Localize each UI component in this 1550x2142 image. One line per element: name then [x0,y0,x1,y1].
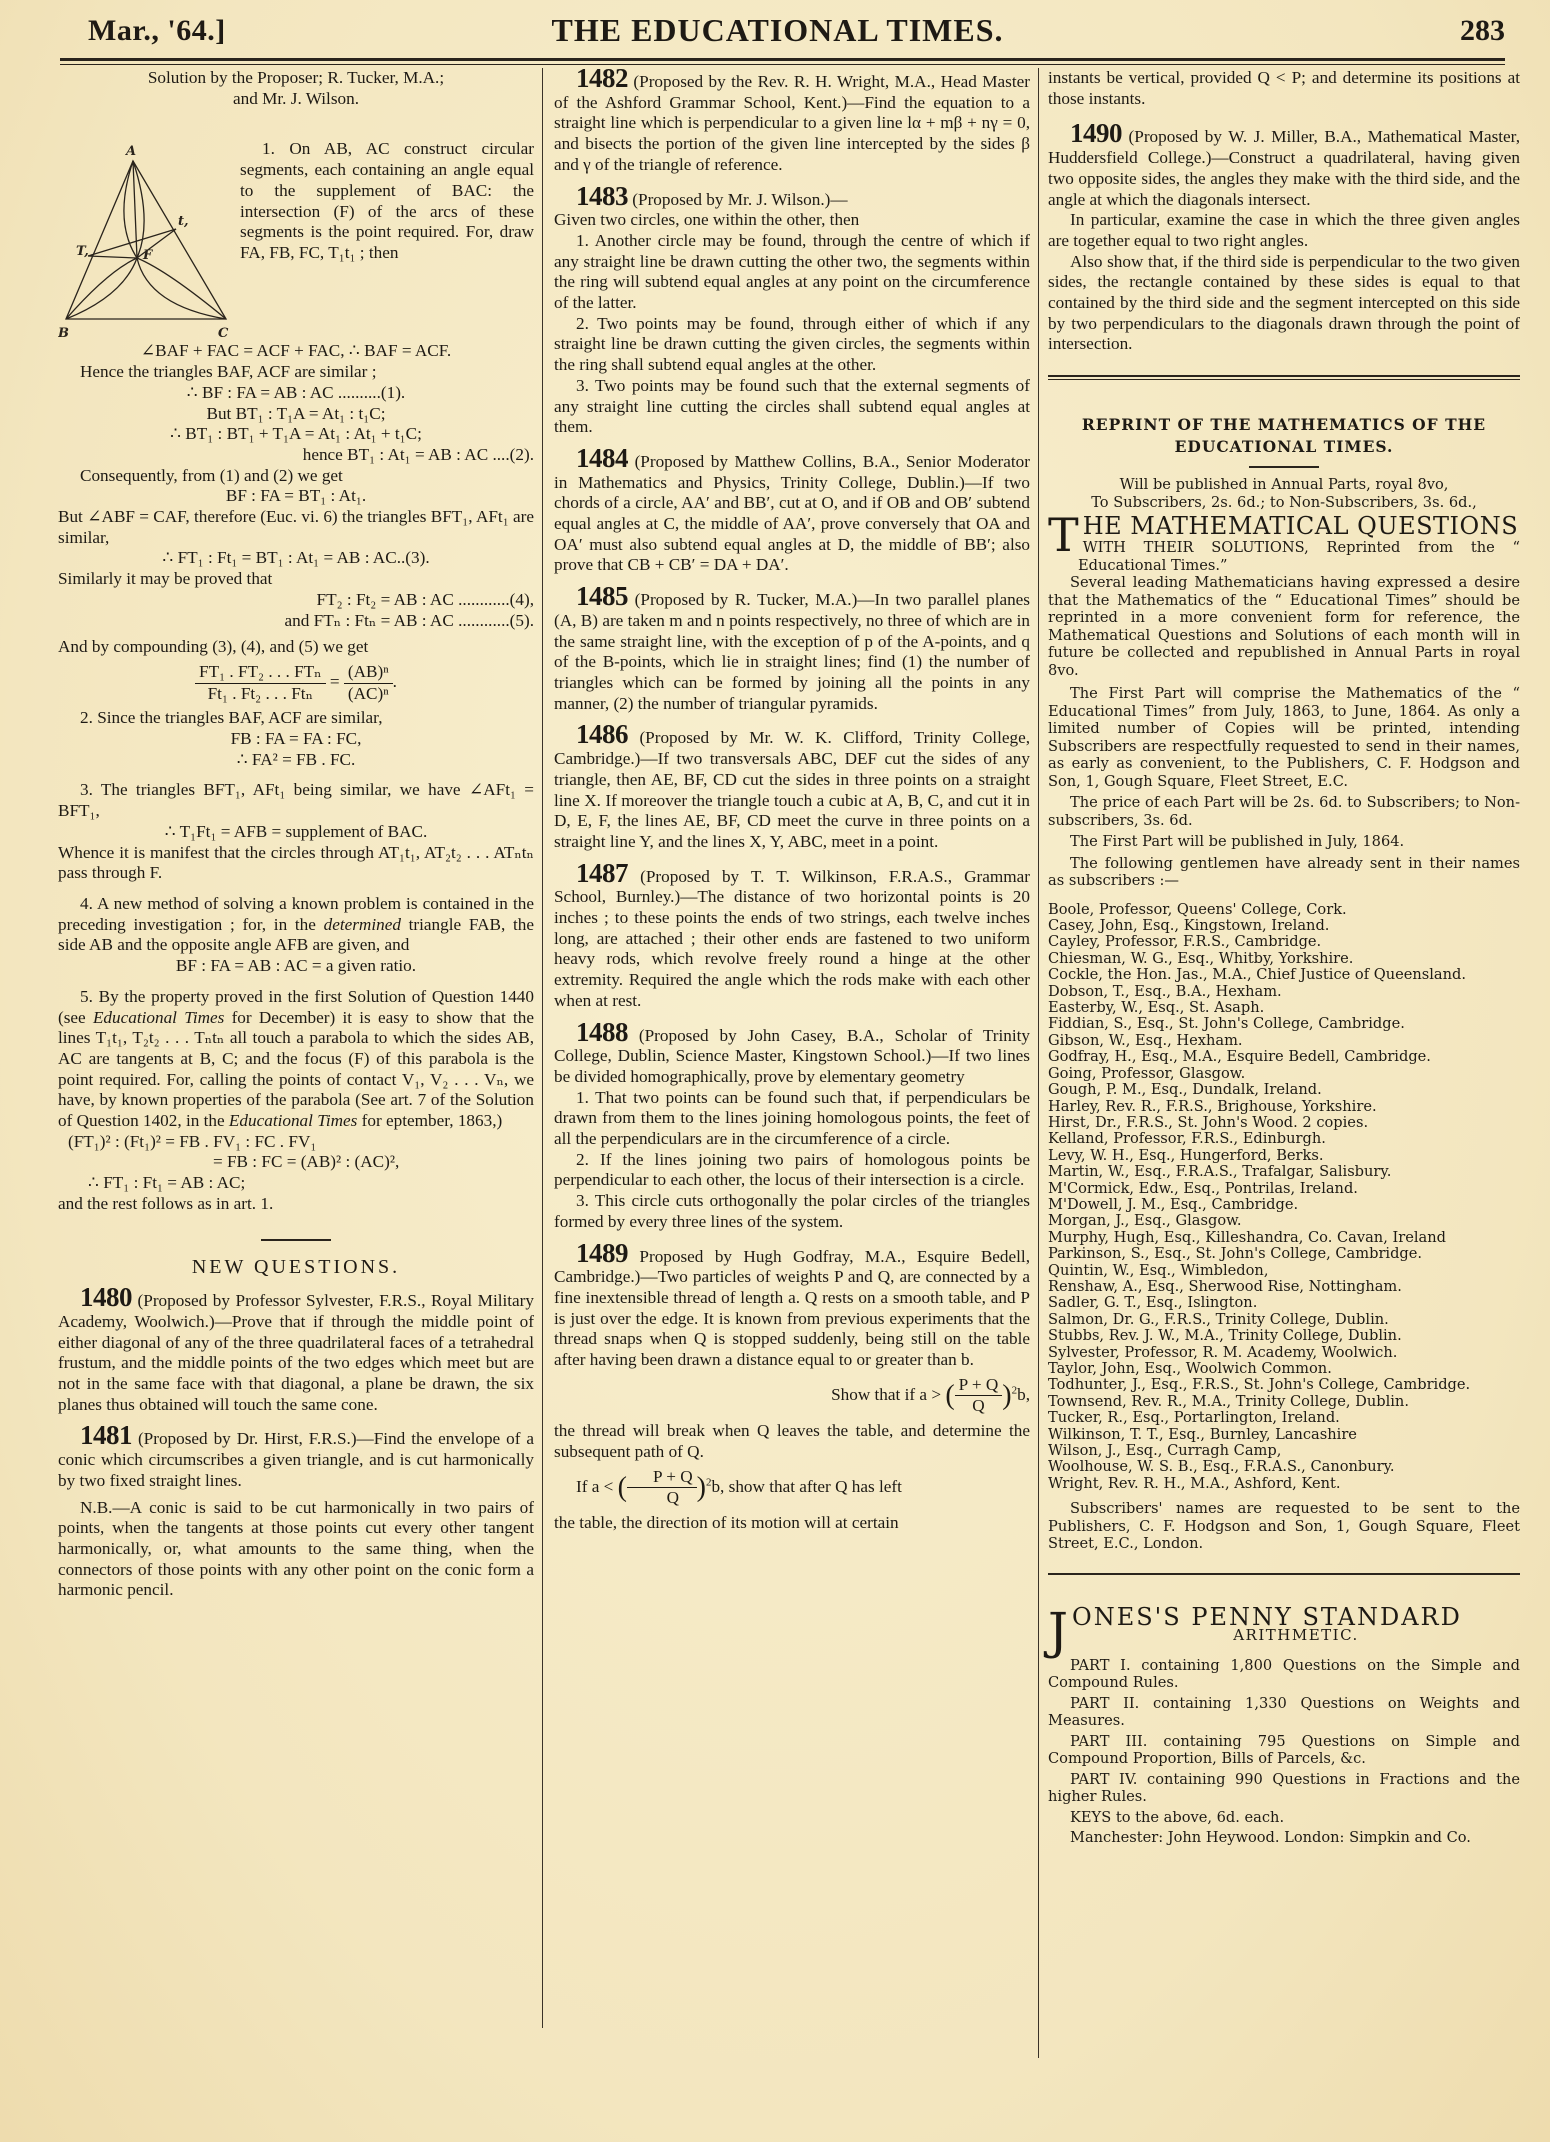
text-line: Hence the triangles BAF, ACF are similar… [58,362,534,383]
equation: ∴ BF : FA = AB : AC ..........(1). [58,383,534,404]
svg-text:F: F [142,248,153,263]
equation: ∠BAF + FAC = ACF + FAC, ∴ BAF = ACF. [58,341,534,362]
reprint-heading: REPRINT OF THE MATHEMATICS OF THE [1048,414,1520,436]
subscriber-entry: Parkinson, S., Esq., St. John's College,… [1048,1246,1520,1262]
subscriber-entry: M'Cormick, Edw., Esq., Pontrilas, Irelan… [1048,1181,1520,1197]
section-rule [1048,375,1520,380]
subscriber-entry: Harley, Rev. R., F.R.S., Brighouse, York… [1048,1099,1520,1115]
subscriber-entry: Sylvester, Professor, R. M. Academy, Woo… [1048,1345,1520,1361]
ad-paragraph: The First Part will be published in July… [1048,833,1520,851]
columns: Solution by the Proposer; R. Tucker, M.A… [58,68,1515,2128]
subscriber-entry: Godfray, H., Esq., M.A., Esquire Bedell,… [1048,1049,1520,1065]
ad-paragraph: The following gentlemen have already sen… [1048,855,1520,890]
masthead-title: THE EDUCATIONAL TIMES. [40,12,1515,49]
text-line: Given two circles, one within the other,… [554,210,1030,231]
article-4: 4. A new method of solving a known probl… [58,894,534,956]
section-rule [1048,1573,1520,1577]
subscriber-entry: Tucker, R., Esq., Portarlington, Ireland… [1048,1410,1520,1426]
subscriber-entry: Boole, Professor, Queens' College, Cork. [1048,902,1520,918]
inequality: Show that if a > (P + QQ)2b, [554,1375,1030,1417]
equation: BF : FA = AB : AC = a given ratio. [58,956,534,977]
svg-text:A: A [124,144,136,159]
solution-heading-cont: and Mr. J. Wilson. [58,89,534,110]
question-part: 3. This circle cuts orthogonally the pol… [554,1191,1030,1232]
question-1485: 1485 (Proposed by R. Tucker, M.A.)—In tw… [554,586,1030,714]
subscriber-entry: Renshaw, A., Esq., Sherwood Rise, Nottin… [1048,1279,1520,1295]
question-part: 2. If the lines joining two pairs of hom… [554,1150,1030,1191]
equation: BF : FA = BT₁ : At₁. [58,486,534,507]
ad-paragraph: Several leading Mathematicians having ex… [1048,574,1520,679]
text-line: the thread will break when Q leaves the … [554,1421,1030,1462]
question-1480: 1480 (Proposed by Professor Sylvester, F… [58,1287,534,1415]
equation: ∴ T₁Ft₁ = AFB = supplement of BAC. [58,822,534,843]
question-1481: 1481 (Proposed by Dr. Hirst, F.R.S.)—Fin… [58,1425,534,1491]
svg-text:B: B [58,326,69,341]
subscriber-entry: Stubbs, Rev. J. W., M.A., Trinity Colleg… [1048,1328,1520,1344]
equation: But BT₁ : T₁A = At₁ : t₁C; [58,404,534,425]
divider-rule [261,1239,331,1241]
equation: (FT₁)² : (Ft₁)² = FB . FV₁ : FC . FV₁ [58,1132,534,1153]
question-1487: 1487 (Proposed by T. T. Wilkinson, F.R.A… [554,863,1030,1012]
page-header: Mar., '64.] THE EDUCATIONAL TIMES. 283 [40,0,1515,58]
subscriber-entry: Salmon, Dr. G., F.R.S., Trinity College,… [1048,1312,1520,1328]
subscriber-entry: M'Dowell, J. M., Esq., Cambridge. [1048,1197,1520,1213]
subscriber-entry: Hirst, Dr., F.R.S., St. John's Wood. 2 c… [1048,1115,1520,1131]
question-1486: 1486 (Proposed by Mr. W. K. Clifford, Tr… [554,724,1030,852]
subscriber-entry: Gough, P. M., Esq., Dundalk, Ireland. [1048,1082,1520,1098]
column-2: 1482 (Proposed by the Rev. R. H. Wright,… [554,68,1030,1534]
question-1489: 1489 Proposed by Hugh Godfray, M.A., Esq… [554,1243,1030,1371]
equation: ∴ FA² = FB . FC. [58,750,534,771]
ad-part: PART I. containing 1,800 Questions on th… [1048,1657,1520,1692]
newspaper-page: Mar., '64.] THE EDUCATIONAL TIMES. 283 S… [40,0,1515,58]
subscriber-entry: Cockle, the Hon. Jas., M.A., Chief Justi… [1048,967,1520,983]
column-3: instants be vertical, provided Q < P; an… [1048,68,1520,1847]
equation: = FB : FC = (AB)² : (AC)², [58,1152,534,1173]
svg-text:t,: t, [178,214,189,229]
question-part: In particular, examine the case in which… [1048,210,1520,251]
subscriber-entry: Kelland, Professor, F.R.S., Edinburgh. [1048,1131,1520,1147]
ad-part: PART II. containing 1,330 Questions on W… [1048,1695,1520,1730]
svg-text:C: C [218,326,229,341]
equation: and FTₙ : Ftₙ = AB : AC ............(5). [58,611,534,632]
question-part: 1. Another circle may be found, through … [554,231,1030,314]
subscriber-entry: Cayley, Professor, F.R.S., Cambridge. [1048,934,1520,950]
mathematical-questions-ad: T HE MATHEMATICAL QUESTIONS WITH THEIR S… [1048,513,1520,574]
ad-part: PART IV. containing 990 Questions in Fra… [1048,1771,1520,1806]
subscriber-entry: Sadler, G. T., Esq., Islington. [1048,1295,1520,1311]
triangle-geometry-figure-icon: A B C T, t, F [58,141,230,341]
text-line: Consequently, from (1) and (2) we get [58,466,534,487]
subscriber-entry: Martin, W., Esq., F.R.A.S., Trafalgar, S… [1048,1164,1520,1180]
article-3: 3. The triangles BFT₁, AFt₁ being simila… [58,780,534,821]
ad-paragraph: The First Part will comprise the Mathema… [1048,685,1520,790]
text-line: Whence it is manifest that the circles t… [58,843,534,884]
subscriber-entry: Murphy, Hugh, Esq., Killeshandra, Co. Ca… [1048,1230,1520,1246]
publication-price: To Subscribers, 2s. 6d.; to Non-Subscrib… [1048,494,1520,512]
text-line: the table, the direction of its motion w… [554,1513,1030,1534]
question-1483: 1483 (Proposed by Mr. J. Wilson.)— [554,186,1030,211]
ad-paragraph: Subscribers' names are requested to be s… [1048,1500,1520,1553]
subscriber-entry: Todhunter, J., Esq., F.R.S., St. John's … [1048,1377,1520,1393]
ad-subheadline: WITH THEIR SOLUTIONS, Reprinted from the… [1048,539,1520,574]
text-line: Similarly it may be proved that [58,569,534,590]
article-5: 5. By the property proved in the first S… [58,987,534,1132]
subscriber-entry: Casey, John, Esq., Kingstown, Ireland. [1048,918,1520,934]
ad-paragraph: The price of each Part will be 2s. 6d. t… [1048,794,1520,829]
ad-part: KEYS to the above, 6d. each. [1048,1809,1520,1827]
subscriber-entry: Levy, W. H., Esq., Hungerford, Berks. [1048,1148,1520,1164]
subscriber-entry: Woolhouse, W. S. B., Esq., F.R.A.S., Can… [1048,1459,1520,1475]
header-rule [60,58,1505,65]
inequality: If a < (P + QQ)2b, show that after Q has… [554,1467,1030,1509]
question-1488: 1488 (Proposed by John Casey, B.A., Scho… [554,1022,1030,1088]
equation: FT₂ : Ft₂ = AB : AC ............(4), [58,590,534,611]
publication-info: Will be published in Annual Parts, royal… [1048,476,1520,494]
question-1489-end: instants be vertical, provided Q < P; an… [1048,68,1520,109]
equation: ∴ FT₁ : Ft₁ = AB : AC; [58,1173,534,1194]
compound-fraction: FT₁ . FT₂ . . . FTₙFt₁ . Ft₂ . . . Ftₙ =… [58,662,534,704]
column-divider [542,68,543,2028]
subscriber-entry: Taylor, John, Esq., Woolwich Common. [1048,1361,1520,1377]
subscriber-entry: Fiddian, S., Esq., St. John's College, C… [1048,1016,1520,1032]
subscriber-entry: Quintin, W., Esq., Wimbledon, [1048,1263,1520,1279]
solution-heading: Solution by the Proposer; R. Tucker, M.A… [58,68,534,89]
drop-cap: J [1048,1609,1068,1653]
equation: FB : FA = FA : FC, [58,729,534,750]
new-questions-heading: NEW QUESTIONS. [58,1257,534,1278]
question-1490: 1490 (Proposed by W. J. Miller, B.A., Ma… [1048,123,1520,210]
ad-headline: HE MATHEMATICAL QUESTIONS [1048,513,1520,539]
subscriber-entry: Gibson, W., Esq., Hexham. [1048,1033,1520,1049]
question-part: 2. Two points may be found, through eith… [554,314,1030,376]
equation: ∴ BT₁ : BT₁ + T₁A = At₁ : At₁ + t₁C; [58,424,534,445]
subscriber-entry: Going, Professor, Glasgow. [1048,1066,1520,1082]
subscriber-entry: Wilson, J., Esq., Curragh Camp, [1048,1443,1520,1459]
subscriber-entry: Chiesman, W. G., Esq., Whitby, Yorkshire… [1048,951,1520,967]
subscriber-entry: Townsend, Rev. R., M.A., Trinity College… [1048,1394,1520,1410]
svg-text:T,: T, [76,244,89,259]
subscriber-entry: Wright, Rev. R. H., M.A., Ashford, Kent. [1048,1476,1520,1492]
subscriber-list: Boole, Professor, Queens' College, Cork.… [1048,902,1520,1493]
subscriber-entry: Dobson, T., Esq., B.A., Hexham. [1048,984,1520,1000]
subscriber-entry: Morgan, J., Esq., Glasgow. [1048,1213,1520,1229]
article-2: 2. Since the triangles BAF, ACF are simi… [58,708,534,729]
equation: hence BT₁ : At₁ = AB : AC ....(2). [58,445,534,466]
column-1: Solution by the Proposer; R. Tucker, M.A… [58,68,534,1601]
column-divider [1038,68,1039,2058]
question-1484: 1484 (Proposed by Matthew Collins, B.A.,… [554,448,1030,576]
page-number: 283 [1460,14,1505,48]
publisher-line: Manchester: John Heywood. London: Simpki… [1048,1829,1520,1847]
question-part: 3. Two points may be found such that the… [554,376,1030,438]
subscriber-entry: Wilkinson, T. T., Esq., Burnley, Lancash… [1048,1427,1520,1443]
ad-part: PART III. containing 795 Questions on Si… [1048,1733,1520,1768]
drop-cap: T [1048,515,1079,555]
equation: ∴ FT₁ : Ft₁ = BT₁ : At₁ = AB : AC..(3). [58,548,534,569]
question-1481-note: N.B.—A conic is said to be cut harmonica… [58,1498,534,1602]
divider-rule [1249,466,1319,468]
ad-headline: ONES'S PENNY STANDARD [1048,1607,1520,1628]
text-line: and the rest follows as in art. 1. [58,1194,534,1215]
text-line: But ∠ABF = CAF, therefore (Euc. vi. 6) t… [58,507,534,548]
subscriber-entry: Easterby, W., Esq., St. Asaph. [1048,1000,1520,1016]
reprint-heading-cont: EDUCATIONAL TIMES. [1048,436,1520,458]
text-line: And by compounding (3), (4), and (5) we … [58,637,534,658]
question-1482: 1482 (Proposed by the Rev. R. H. Wright,… [554,68,1030,176]
question-part: Also show that, if the third side is per… [1048,252,1520,356]
question-part: 1. That two points can be found such tha… [554,1088,1030,1150]
jones-arithmetic-ad: J ONES'S PENNY STANDARD ARITHMETIC. [1048,1607,1520,1645]
